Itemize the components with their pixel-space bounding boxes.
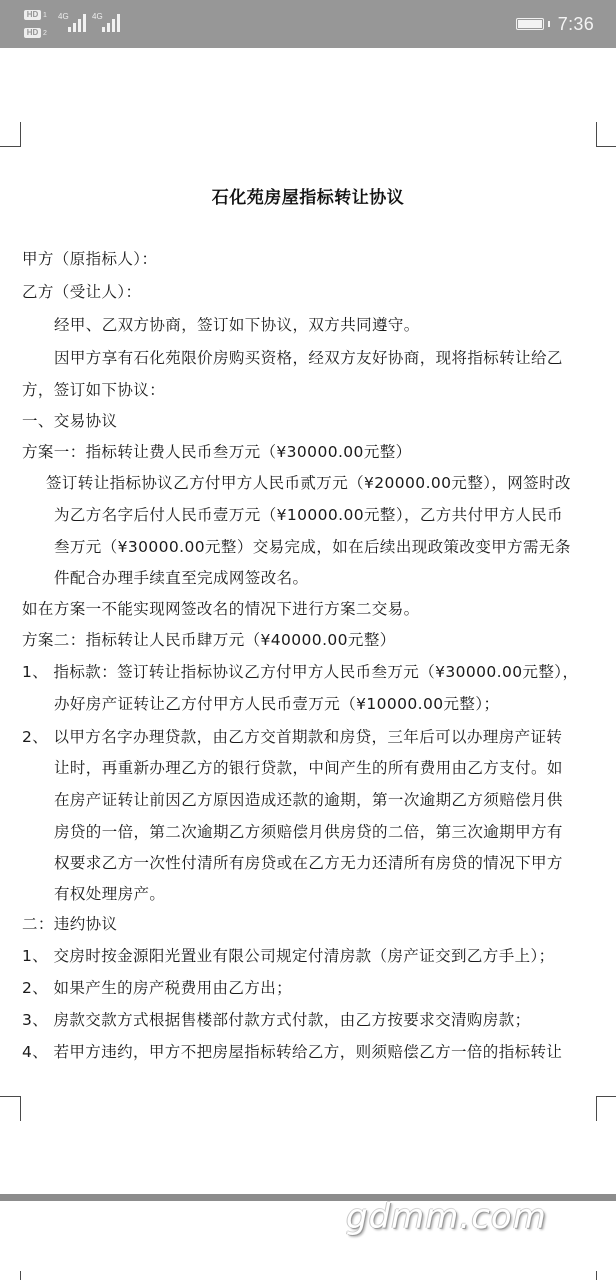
plan-two-item1-line2: 办好房产证转让乙方付甲方人民币壹万元（¥10000.00元整）； — [54, 694, 499, 714]
watermark-text: gdmm.com — [346, 1197, 547, 1237]
party-b-line: 乙方（受让人）： — [22, 282, 141, 302]
signal-sim2-icon: 4G — [92, 10, 124, 32]
sim1-index: 1 — [43, 12, 47, 20]
plan-two-item2-line1: 2、 以甲方名字办理贷款，由乙方交首期款和房贷，三年后可以办理房产证转 — [22, 727, 562, 747]
crop-mark-bottom-right-h — [596, 1096, 616, 1097]
battery-icon — [516, 18, 544, 30]
plan-two-item2-line3: 在房产证转让前因乙方原因造成还款的逾期，第一次逾期乙方须赔偿月供 — [54, 790, 563, 810]
plan-two-item2-line2: 让时，再重新办理乙方的银行贷款，中间产生的所有费用由乙方支付。如 — [54, 758, 563, 778]
sim2-index: 2 — [43, 30, 47, 38]
plan-two-heading: 方案二：指标转让人民币肆万元（¥40000.00元整） — [22, 630, 396, 650]
plan-one-text-line2: 为乙方名字后付人民币壹万元（¥10000.00元整），乙方共付甲方人民币 — [54, 505, 563, 525]
breach-item-2: 2、 如果产生的房产税费用由乙方出； — [22, 978, 292, 998]
plan-two-item1-line1: 1、 指标款：签订转让指标协议乙方付甲方人民币叁万元（¥30000.00元整）， — [22, 662, 578, 682]
crop-mark-top-left-h — [0, 146, 20, 147]
hd-voice-sim2-icon: HD — [24, 28, 41, 38]
crop-mark-bottom-left-h — [0, 1096, 20, 1097]
crop-mark-top-right-h — [596, 146, 616, 147]
plan-two-item2-line4: 房贷的一倍，第二次逾期乙方须赔偿月供房贷的二倍，第三次逾期甲方有 — [54, 822, 563, 842]
clock: 7:36 — [558, 14, 594, 35]
hd-voice-sim1-icon: HD — [24, 10, 41, 20]
purpose-paragraph-line2: 方，签订如下协议： — [22, 380, 165, 400]
status-bar: HD 1 HD 2 4G 4G 7:36 — [0, 0, 616, 48]
crop-mark-page2-right — [596, 1271, 597, 1280]
breach-item-4: 4、 若甲方违约，甲方不把房屋指标转给乙方，则须赔偿乙方一倍的指标转让 — [22, 1042, 562, 1062]
plan-one-heading: 方案一：指标转让费人民币叁万元（¥30000.00元整） — [22, 442, 412, 462]
plan-two-item2-line5: 权要求乙方一次性付清所有房贷或在乙方无力还清所有房贷的情况下甲方 — [54, 853, 563, 873]
plan-fallback-line: 如在方案一不能实现网签改名的情况下进行方案二交易。 — [22, 599, 420, 619]
party-a-line: 甲方（原指标人）： — [22, 249, 157, 269]
intro-paragraph: 经甲、乙双方协商，签订如下协议，双方共同遵守。 — [54, 315, 420, 335]
document-title: 石化苑房屋指标转让协议 — [0, 183, 616, 208]
purpose-paragraph-line1: 因甲方享有石化苑限价房购买资格，经双方友好协商，现将指标转让给乙 — [54, 348, 563, 368]
section-heading-1: 一、交易协议 — [22, 411, 117, 431]
plan-one-text-line3: 叁万元（¥30000.00元整）交易完成，如在后续出现政策改变甲方需无条 — [54, 537, 571, 557]
crop-mark-bottom-right-v — [596, 1096, 597, 1121]
status-icons-right: 7:36 — [516, 10, 594, 38]
crop-mark-bottom-left-v — [20, 1096, 21, 1121]
breach-item-3: 3、 房款交款方式根据售楼部付款方式付款，由乙方按要求交清购房款； — [22, 1010, 531, 1030]
crop-mark-page2-left — [20, 1271, 21, 1280]
crop-mark-top-right-v — [596, 122, 597, 147]
plan-one-text-line1: 签订转让指标协议乙方付甲方人民币贰万元（¥20000.00元整），网签时改 — [46, 473, 571, 493]
crop-mark-top-left-v — [20, 122, 21, 147]
plan-one-text-line4: 件配合办理手续直至完成网签改名。 — [54, 568, 308, 588]
breach-item-1: 1、 交房时按金源阳光置业有限公司规定付清房款（房产证交到乙方手上）； — [22, 946, 555, 966]
section-heading-2: 二：违约协议 — [22, 914, 117, 934]
signal-sim1-icon: 4G — [58, 10, 90, 32]
plan-two-item2-line6: 有权处理房产。 — [54, 884, 165, 904]
battery-tip — [548, 21, 550, 27]
